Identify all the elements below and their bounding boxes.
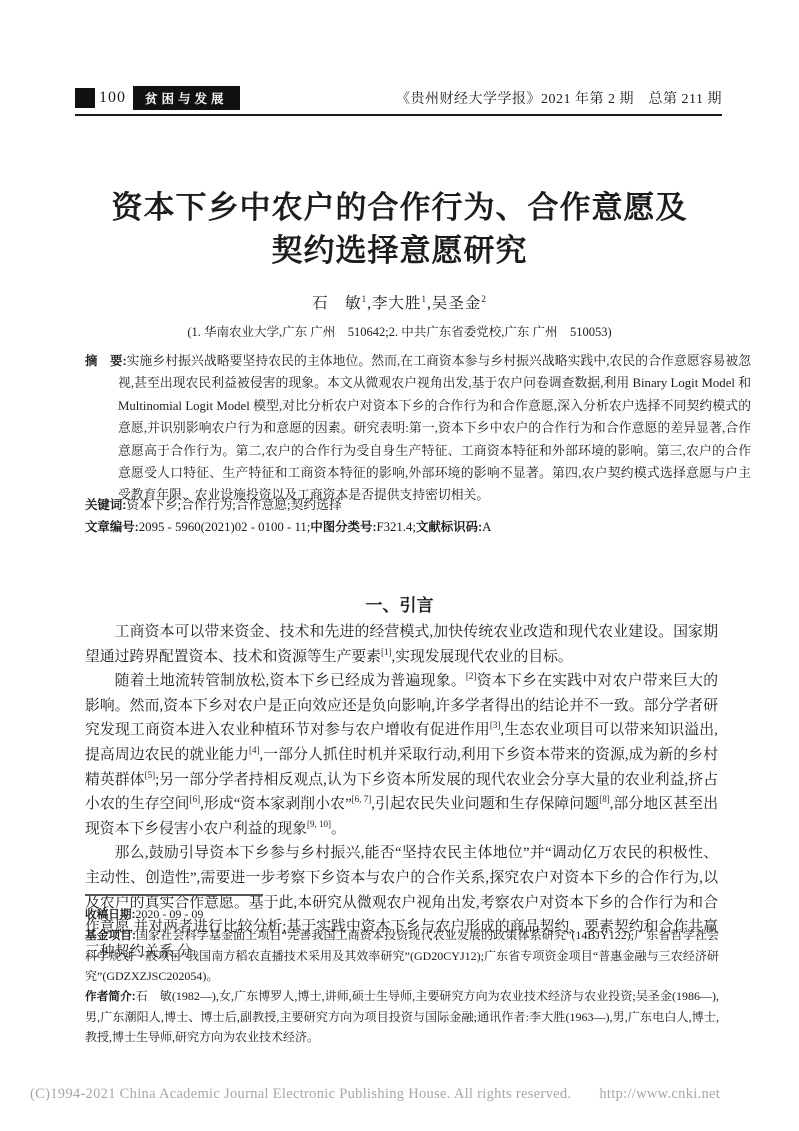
cnki-url: http://www.cnki.net — [599, 1086, 720, 1102]
affiliation-line: (1. 华南农业大学,广东 广州 510642;2. 中共广东省委党校,广东 广… — [0, 322, 799, 340]
abstract: 摘 要:实施乡村振兴战略要坚持农民的主体地位。然而,在工商资本参与乡村振兴战略实… — [85, 350, 751, 507]
footnote-funding: 基金项目:国家社会科学基金面上项目“完善我国工商资本投资现代农业发展的政策体系研… — [85, 925, 719, 986]
journal-issue-info: 《贵州财经大学学报》2021 年第 2 期 总第 211 期 — [396, 88, 722, 108]
keywords-line: 关键词:资本下乡;合作行为;合作意愿;契约选择 — [85, 495, 718, 516]
footnote-received-date: 收稿日期:2020 - 09 - 09 — [85, 904, 719, 925]
article-meta-line: 文章编号:2095 - 5960(2021)02 - 0100 - 11;中图分… — [85, 517, 718, 538]
body-paragraph: 随着土地流转管制放松,资本下乡已经成为普遍现象。[2]资本下乡在实践中对农户带来… — [85, 669, 718, 841]
page-number: 100 — [99, 89, 126, 107]
header-left: 100 贫困与发展 — [75, 86, 240, 110]
column-badge: 贫困与发展 — [133, 86, 240, 110]
article-title-line2: 契约选择意愿研究 — [0, 229, 799, 272]
body-paragraph: 工商资本可以带来资金、技术和先进的经营模式,加快传统农业改造和现代农业建设。国家… — [85, 620, 718, 669]
footnotes: 收稿日期:2020 - 09 - 09 基金项目:国家社会科学基金面上项目“完善… — [85, 904, 719, 1047]
page-number-block-icon — [75, 88, 95, 108]
header-divider — [75, 114, 722, 116]
article-title: 资本下乡中农户的合作行为、合作意愿及 契约选择意愿研究 — [0, 186, 799, 272]
copyright-text: (C)1994-2021 China Academic Journal Elec… — [30, 1086, 571, 1102]
footnote-divider — [85, 894, 263, 896]
article-title-line1: 资本下乡中农户的合作行为、合作意愿及 — [0, 186, 799, 229]
cnki-watermark: (C)1994-2021 China Academic Journal Elec… — [30, 1086, 779, 1103]
section-heading-introduction: 一、引言 — [0, 591, 799, 616]
footnote-author-bio: 作者简介:石 敏(1982—),女,广东博罗人,博士,讲师,硕士生导师,主要研究… — [85, 986, 719, 1047]
journal-page: 100 贫困与发展 《贵州财经大学学报》2021 年第 2 期 总第 211 期… — [0, 0, 799, 1131]
authors-line: 石 敏1,李大胜1,吴圣金2 — [0, 291, 799, 313]
page-header: 100 贫困与发展 《贵州财经大学学报》2021 年第 2 期 总第 211 期 — [75, 86, 722, 110]
